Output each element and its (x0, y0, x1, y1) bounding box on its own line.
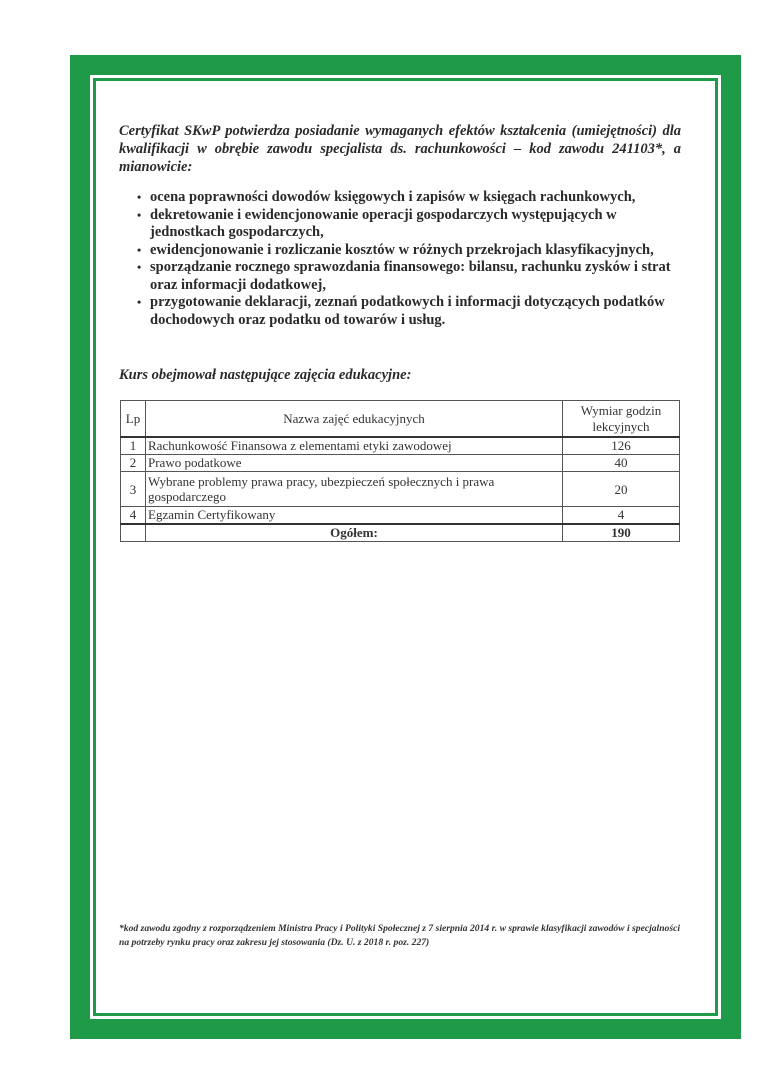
cell-name: Egzamin Certyfikowany (146, 507, 563, 525)
cell-name: Rachunkowość Finansowa z elementami etyk… (146, 437, 563, 455)
bullet-icon: • (137, 259, 141, 277)
cell-hours: 126 (563, 437, 680, 455)
skill-text: ewidencjonowanie i rozliczanie kosztów w… (150, 242, 654, 258)
bullet-icon: • (137, 242, 141, 260)
table-row: 3 Wybrane problemy prawa pracy, ubezpiec… (121, 472, 680, 507)
header-hours: Wymiar godzin lekcyjnych (563, 401, 680, 438)
course-heading: Kurs obejmował następujące zajęcia eduka… (119, 367, 411, 384)
skill-text: dekretowanie i ewidencjonowanie operacji… (150, 207, 617, 241)
cell-hours: 40 (563, 455, 680, 472)
cell-hours: 4 (563, 507, 680, 525)
total-hours: 190 (563, 524, 680, 542)
skill-text: przygotowanie deklaracji, zeznań podatko… (150, 294, 665, 328)
table-row: 4 Egzamin Certyfikowany 4 (121, 507, 680, 525)
skill-item: •dekretowanie i ewidencjonowanie operacj… (134, 207, 686, 242)
cell-hours: 20 (563, 472, 680, 507)
bullet-icon: • (137, 189, 141, 207)
cell-lp: 1 (121, 437, 146, 455)
cell-name: Wybrane problemy prawa pracy, ubezpiecze… (146, 472, 563, 507)
header-lp: Lp (121, 401, 146, 438)
cell-name: Prawo podatkowe (146, 455, 563, 472)
cell-lp: 4 (121, 507, 146, 525)
cell-lp: 3 (121, 472, 146, 507)
skill-item: •ocena poprawności dowodów księgowych i … (134, 189, 686, 207)
skill-text: ocena poprawności dowodów księgowych i z… (150, 189, 635, 205)
cell-lp: 2 (121, 455, 146, 472)
skill-item: •przygotowanie deklaracji, zeznań podatk… (134, 294, 686, 329)
table-total-row: Ogółem: 190 (121, 524, 680, 542)
bullet-icon: • (137, 294, 141, 312)
table-row: 1 Rachunkowość Finansowa z elementami et… (121, 437, 680, 455)
bullet-icon: • (137, 207, 141, 225)
courses-table: Lp Nazwa zajęć edukacyjnych Wymiar godzi… (120, 400, 680, 542)
footnote: *kod zawodu zgodny z rozporządzeniem Min… (119, 922, 689, 950)
certificate-intro: Certyfikat SKwP potwierdza posiadanie wy… (119, 122, 681, 176)
skill-text: sporządzanie rocznego sprawozdania finan… (150, 259, 671, 293)
total-label: Ogółem: (146, 524, 563, 542)
skill-item: •ewidencjonowanie i rozliczanie kosztów … (134, 242, 686, 260)
skill-list: •ocena poprawności dowodów księgowych i … (134, 189, 686, 329)
cell-lp-empty (121, 524, 146, 542)
table-row: 2 Prawo podatkowe 40 (121, 455, 680, 472)
header-name: Nazwa zajęć edukacyjnych (146, 401, 563, 438)
table-header-row: Lp Nazwa zajęć edukacyjnych Wymiar godzi… (121, 401, 680, 438)
skill-item: •sporządzanie rocznego sprawozdania fina… (134, 259, 686, 294)
